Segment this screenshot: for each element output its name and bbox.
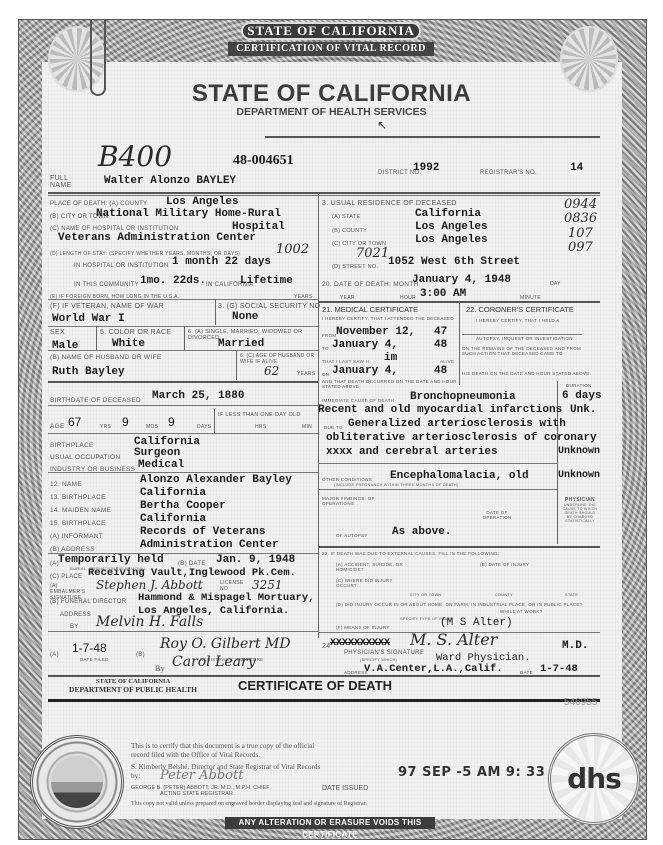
occupation: Surgeon (134, 447, 180, 459)
other-conditions: Encephalomalacia, old (390, 470, 529, 482)
informant-address-label: (B) ADDRESS (50, 546, 95, 553)
form-dept-label: DEPARTMENT OF PUBLIC HEALTH (48, 685, 218, 694)
header-banner: STATE OF CALIFORNIA CERTIFICATION OF VIT… (222, 22, 440, 58)
immediate-cause-duration: 6 days (562, 390, 602, 402)
age-days-label: DAYS (197, 424, 211, 430)
cause-secondary: Recent and old myocardial infarctions (318, 404, 562, 416)
age-label: AGE (50, 423, 65, 430)
license-no: 3251 (252, 578, 283, 592)
age-years-label: YRS (100, 424, 111, 430)
coroner-text-4: HIS DEATH ON THE DATE AND HOUR STATED AB… (462, 371, 591, 376)
means-of-injury-label: (F) MEANS OF INJURY (336, 625, 390, 630)
burial-date: Jan. 9, 1948 (216, 554, 295, 566)
burial-disposition: Temporarily held (58, 554, 164, 566)
physician-note-line: STATISTICALLY (560, 519, 600, 523)
where-city-sublabel: CITY OR TOWN (410, 593, 441, 597)
burial-place-label: (C) PLACE (50, 574, 82, 580)
attended-to: January 4, (332, 339, 398, 351)
birthplace-label: BIRTHPLACE (50, 442, 94, 449)
home-farm-label: (D) DID INJURY OCCUR IN OR ABOUT HOME, O… (336, 600, 596, 609)
divider (318, 463, 558, 464)
divider (236, 350, 237, 380)
residence-code-1: 0944 (564, 197, 597, 212)
residence-code-4: 097 (568, 240, 593, 255)
age-months-label: MOS (146, 424, 158, 430)
funeral-director-label: (B) FUNERAL DIRECTOR (50, 599, 126, 605)
medical-certificate-title: 21. MEDICAL CERTIFICATE (322, 305, 418, 314)
major-findings-label: MAJOR FINDINGS: OF OPERATIONS (322, 496, 382, 506)
director-signature: Melvin H. Falls (96, 614, 203, 630)
form-serial: 546955 (564, 697, 597, 708)
divider (48, 192, 600, 194)
coroner-text-2: AUTOPSY, INQUEST OR INVESTIGATION (476, 336, 573, 341)
alive-label: ALIVE (440, 359, 454, 364)
divider (48, 195, 600, 196)
form-state-label: STATE OF CALIFORNIA (48, 678, 218, 685)
veteran-war-label: (F) IF VETERAN, NAME OF WAR (50, 303, 164, 310)
divider (215, 299, 216, 325)
residence-state: California (415, 208, 481, 220)
residence-street: 1052 West 6th Street (388, 256, 520, 268)
divider (48, 699, 600, 702)
mother-maiden-name: Bertha Cooper (140, 500, 226, 512)
form-title: CERTIFICATE OF DEATH (238, 678, 392, 693)
hrs-label: HRS (255, 424, 266, 430)
other-conditions-label: OTHER CONDITIONS (322, 477, 372, 482)
physician-suffix: M.D. (562, 640, 588, 652)
death-occurred-text: AND THAT DEATH OCCURRED ON THE DATE AND … (322, 379, 457, 389)
in-hospital-label: IN HOSPITAL OR INSTITUTION (74, 263, 168, 269)
physician-specify-label: (SPECIFY WHICH) (360, 658, 397, 662)
residence-city: Los Angeles (415, 234, 488, 246)
seal-emblem-icon (51, 756, 103, 808)
death-date-label: 20. DATE OF DEATH: MONTH (322, 281, 419, 288)
injury-date-label: (B) DATE OF INJURY (480, 562, 530, 567)
date-filed-sublabel: DATE FILED (80, 657, 109, 662)
certificate-number: 48-004651 (233, 153, 294, 169)
certify-line-2: record filed with the Office of Vital Re… (131, 751, 260, 759)
father-name-label: 12. NAME (50, 481, 82, 488)
last-seen-date: January 4, (332, 365, 398, 377)
column-divider (318, 194, 319, 638)
spouse-name: Ruth Bayley (52, 366, 125, 378)
form-issuer: STATE OF CALIFORNIA DEPARTMENT OF PUBLIC… (48, 678, 218, 694)
external-causes-title: 23. IF DEATH WAS DUE TO EXTERNAL CAUSES,… (322, 551, 499, 556)
hospital-name: Veterans Administration Center (58, 232, 256, 244)
autopsy-findings: As above. (392, 526, 451, 538)
mother-birthplace: California (140, 513, 206, 525)
divider (214, 409, 215, 433)
district-no: 1992 (413, 162, 439, 174)
death-county: Los Angeles (166, 196, 239, 208)
divider (48, 326, 318, 327)
industry: Medical (138, 459, 184, 471)
cause-secondary-duration: Unk. (570, 404, 596, 416)
physician-struck-text: XXXXXXXXXX (330, 638, 390, 649)
ssn-label: 3. (G) SOCIAL SECURITY NO (218, 303, 320, 310)
means-of-injury: (M S Alter) (440, 617, 513, 629)
due-to-line-1: Generalized arteriosclerosis with (348, 418, 566, 430)
full-name-label: FULL NAME (50, 175, 80, 189)
attended-from-year: 47 (434, 326, 447, 338)
in-community-label: IN THIS COMMUNITY (74, 282, 139, 288)
informant-label: (A) INFORMANT (50, 533, 103, 540)
paperclip-icon (90, 20, 106, 96)
divider (96, 326, 97, 350)
spouse-age-unit: YEARS (297, 371, 315, 377)
divider (48, 631, 318, 632)
where-county-sublabel: COUNTY (495, 593, 513, 597)
divider (48, 405, 318, 406)
birthdate: March 25, 1880 (152, 390, 244, 402)
divider (48, 299, 318, 300)
banner-state: STATE OF CALIFORNIA (241, 22, 421, 40)
date-issued-stamp: 97 SEP -5 AM 9: 33 (398, 765, 545, 780)
divider (265, 136, 600, 138)
full-name: Walter Alonzo BAYLEY (104, 175, 236, 187)
accident-label: (A) ACCIDENT, SUICIDE, OR HOMICIDE? (336, 562, 406, 572)
color-race: White (112, 338, 145, 350)
on-label: ON (322, 372, 329, 377)
funeral-director: Hammond & Mispagel Mortuary, (138, 592, 314, 604)
divider (48, 472, 318, 473)
residence-street-label: (D) STREET NO. (332, 264, 378, 270)
other-conditions-sublabel: (INCLUDE PREGNANCY WITHIN THREE MONTHS O… (334, 483, 459, 487)
to-label: TO (322, 346, 329, 351)
hand-code: 1002 (276, 242, 309, 257)
attended-from: November 12, (336, 326, 415, 338)
other-conditions-duration: Unknown (558, 470, 600, 481)
certify-by: by: (131, 772, 140, 780)
dhs-seal-icon: dhs (548, 733, 640, 825)
physician-address: V.A.Center,L.A.,Calif. (364, 663, 503, 675)
divider (48, 381, 318, 383)
immediate-cause: Bronchopneumonia (410, 391, 516, 403)
age-years: 67 (68, 415, 81, 429)
state-registrar-title: ACTING STATE REGISTRAR (160, 791, 233, 797)
filing-by-label: By (155, 664, 165, 673)
spouse-age: 62 (264, 364, 279, 378)
death-city: National Military Home-Rural (96, 208, 281, 220)
due-to-line-2: obliterative arteriosclerosis of coronar… (326, 432, 597, 444)
father-name: Alonzo Alexander Bayley (140, 474, 292, 486)
license-label: LICENSE NO (220, 580, 244, 592)
handwritten-number: B400 (98, 140, 172, 173)
page-subtitle: DEPARTMENT OF HEALTH SERVICES (0, 106, 663, 118)
death-day-label: DAY (550, 281, 561, 287)
min-label: MIN (302, 424, 312, 430)
in-hospital: 1 month 22 days (172, 256, 271, 268)
date-filed: 1-7-48 (72, 641, 107, 655)
validity-note: This copy not valid unless prepared on e… (131, 801, 367, 807)
informant: Records of Veterans (140, 526, 265, 538)
divider (318, 546, 600, 548)
coroner-text-3: ON THE REMAINS OF THE DECEASED AND FROM … (462, 346, 582, 356)
immediate-cause-label: IMMEDIATE CAUSE OF DEATH (322, 398, 394, 403)
residence-code-3: 107 (568, 226, 593, 241)
physician-date: 1-7-48 (540, 663, 578, 675)
residence-section-label: 3. USUAL RESIDENCE OF DECEASED (322, 200, 457, 207)
residence-county-label: (B) COUNTY (332, 228, 367, 234)
injury-where-label: (C) WHERE DID INJURY OCCUR? (336, 578, 396, 588)
registrar-no-label: REGISTRAR'S NO. (480, 170, 537, 176)
divider (459, 301, 460, 385)
residence-state-label: (A) STATE (332, 214, 360, 220)
in-california: Lifetime (240, 275, 293, 287)
physician-signature: M. S. Alter (410, 630, 497, 649)
last-saw: im (384, 352, 397, 364)
fd-address-label: ADDRESS (60, 612, 91, 618)
occupation-label: USUAL OCCUPATION (50, 454, 120, 461)
registrar-prefix: (B) (136, 652, 145, 658)
divider (318, 489, 558, 490)
due-to-duration: Unknown (558, 446, 600, 457)
physician-note: PHYSICIAN UNDERLINE THE CAUSE TO WHICH D… (560, 497, 600, 523)
due-to-label: DUE TO (324, 425, 343, 430)
residence-code-2: 0836 (564, 211, 597, 226)
divider (48, 675, 600, 677)
divider (48, 350, 318, 351)
divider (48, 433, 318, 434)
ssn: None (232, 311, 258, 323)
alteration-warning-banner: ANY ALTERATION OR ERASURE VOIDS THIS CER… (225, 817, 435, 829)
mouse-cursor-icon: ↖ (377, 118, 387, 132)
date-of-operation-label: DATE OF OPERATION (477, 510, 517, 520)
mother-maiden-label: 14. MAIDEN NAME (50, 507, 111, 514)
birthdate-label: BIRTHDATE OF DECEASED (50, 397, 141, 404)
california-seal-icon (30, 735, 124, 829)
father-birthplace-label: 13. BIRTHPLACE (50, 494, 106, 501)
marital-status: Married (218, 338, 264, 350)
registrar-no: 14 (570, 162, 583, 174)
certify-line-1: This is to certify that this document is… (131, 742, 314, 750)
attended-to-year: 48 (434, 339, 447, 351)
death-date: January 4, 1948 (412, 274, 511, 286)
by-label: BY (70, 624, 79, 630)
state-registrar-signature: Peter Abbott (160, 768, 243, 783)
coroner-certificate-title: 22. CORONER'S CERTIFICATE (466, 305, 574, 314)
veteran-war: World War I (52, 313, 125, 325)
coroner-text-1: I HEREBY CERTIFY, THAT I HELD A (476, 318, 560, 323)
due-to-line-3: xxxx and cerebral arteries (326, 446, 498, 458)
last-saw-label: THAT I LAST SAW H (322, 359, 369, 364)
less-than-day-label: IF LESS THAN ONE DAY OLD (218, 412, 301, 418)
at-work-label: WHILE AT WORK? (500, 609, 543, 614)
divider (184, 326, 185, 350)
sex-label: SEX (50, 329, 65, 336)
color-label: 5. COLOR OR RACE (100, 329, 171, 336)
last-seen-year: 48 (434, 365, 447, 377)
date-issued-label: DATE ISSUED (322, 785, 368, 792)
death-hour: 3:00 AM (420, 288, 466, 300)
medical-certify-text: I HEREBY CERTIFY, THAT I ATTENDED THE DE… (322, 316, 457, 321)
age-months: 9 (122, 415, 129, 429)
where-state-sublabel: STATE (565, 593, 578, 597)
in-community: 1mo. 22ds. (140, 275, 206, 287)
divider (557, 489, 558, 544)
divider (462, 334, 582, 335)
father-birthplace: California (140, 487, 206, 499)
informant-address: Administration Center (140, 539, 279, 551)
date-filed-prefix: (A) (50, 652, 59, 658)
from-label: FROM (322, 333, 336, 338)
place-of-death-label: PLACE OF DEATH: (A) COUNTY (50, 201, 147, 207)
mother-birthplace-label: 15. BIRTHPLACE (50, 520, 106, 527)
filing-by-signature: Carol Leary (172, 654, 256, 670)
dhs-logo: dhs (567, 762, 621, 795)
residence-county: Los Angeles (415, 221, 488, 233)
registrar-signature: Roy O. Gilbert MD (160, 636, 291, 652)
physician-signature-label: PHYSICIAN'S SIGNATURE (344, 650, 424, 656)
autopsy-label: OF AUTOPSY (336, 533, 368, 538)
banner-certification: CERTIFICATION OF VITAL RECORD (228, 42, 434, 56)
residence-street-code: 7021 (356, 246, 389, 261)
embalmer-signature: Stephen J. Abbott (96, 578, 203, 592)
duration-label: DURATION (566, 383, 592, 388)
spouse-label: (B) NAME OF HUSBAND OR WIFE (50, 354, 161, 361)
age-days: 9 (168, 415, 175, 429)
